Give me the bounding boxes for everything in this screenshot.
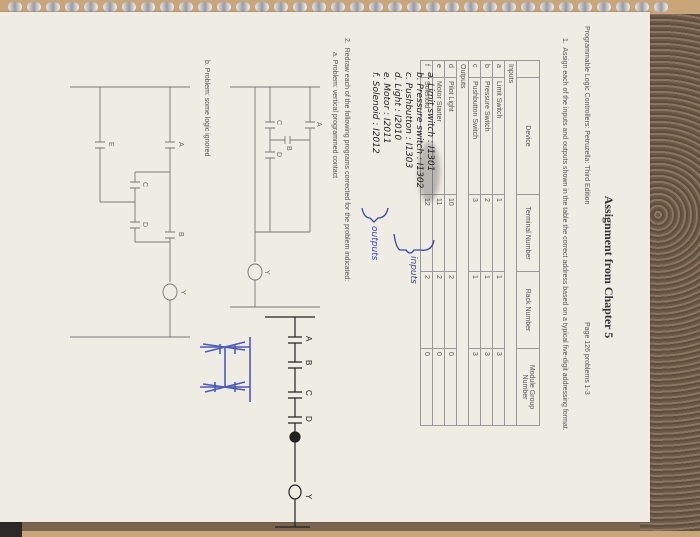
hand-label-a: A — [304, 336, 313, 342]
contact-label-b: B — [177, 232, 184, 237]
handwritten-ladder-answer: A B C D Y — [260, 312, 320, 537]
ladder-diagram-b: A B C D E Y — [65, 82, 195, 342]
contact-label-d: D — [275, 152, 282, 157]
question-2b: b. Problem: some logic ignored — [203, 60, 210, 157]
hand-label-d: D — [304, 416, 313, 422]
contact-label-e: E — [107, 142, 114, 147]
hand-label-y: Y — [304, 494, 313, 500]
question-number: 2. — [343, 38, 350, 44]
contact-label-d: D — [141, 222, 148, 227]
ladder-diagram-a: A B C D Y — [225, 82, 325, 312]
blue-scribble — [195, 332, 255, 412]
hand-label-c: C — [304, 390, 313, 396]
contact-label-a: A — [177, 142, 184, 147]
inputs-label: inputs — [408, 256, 418, 284]
contact-label-b: B — [285, 146, 292, 151]
coil-label-y: Y — [179, 290, 186, 295]
notebook-bottom-edge — [0, 531, 700, 537]
contact-label-c: C — [275, 120, 282, 125]
outputs-label: outputs — [369, 226, 379, 260]
question-text: Redraw each of the following programs co… — [343, 48, 350, 281]
contact-label-c: C — [141, 182, 148, 187]
question-2a: a. Problem: vertical programmed contact — [331, 52, 338, 178]
question-2: 2. Redraw each of the following programs… — [343, 38, 350, 281]
contact-label-a: A — [315, 122, 322, 127]
hand-label-b: B — [304, 360, 313, 365]
worksheet-page: Assignment from Chapter 5 Programmable L… — [0, 12, 650, 522]
coil-label-y: Y — [263, 270, 270, 275]
